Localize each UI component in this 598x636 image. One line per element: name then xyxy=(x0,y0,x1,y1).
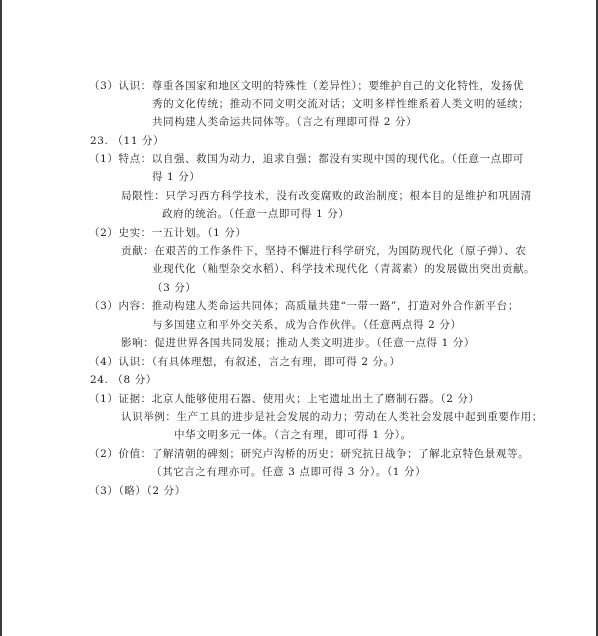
answer-line-continuation: （3 分） xyxy=(152,281,197,295)
answer-line-continuation: 业现代化（籼型杂交水稻）、科学技术现代化（青蒿素）的发展做出突出贡献。 xyxy=(152,262,535,276)
answer-line-continuation: 中华文明多元一体。（言之有理，即可得 1 分）。 xyxy=(174,428,412,442)
answer-line-24-1-example: 认识举例：生产工具的进步是社会发展的动力；劳动在人类社会发展中起到重要作用； xyxy=(121,410,543,424)
question-heading-23: 23. （11 分） xyxy=(90,134,164,148)
answer-line-24-2-value: （2）价值：了解清朝的碑刻；研究卢沟桥的历史；研究抗日战争；了解北京特色景观等。 xyxy=(89,447,529,461)
answer-line-continuation: （其它言之有理亦可。任意 3 点即可得 3 分）。（1 分） xyxy=(151,465,426,479)
answer-line-23-2-facts: （2）史实：一五计划。（1 分） xyxy=(89,226,247,240)
answer-line-24-3: （3）（略）（2 分） xyxy=(89,484,186,498)
answer-line-continuation: 秀的文化传统；推动不同文明交流对话；文明多样性维系着人类文明的延续； xyxy=(152,97,529,111)
answer-line-23-3-recognition: （3）认识：尊重各国家和地区文明的特殊性（差异性）；要维护自己的文化特性，发扬优 xyxy=(89,79,524,93)
answer-line-continuation: 政府的统治。（任意一点即可得 1 分） xyxy=(162,207,350,221)
answer-line-23-3-impact: 影响：促进世界各国共同发展；推动人类文明进步。（任意一点得 1 分） xyxy=(121,336,475,350)
answer-line-23-1-limitations: 局限性：只学习西方科学技术，没有改变腐败的政治制度；根本目的是维护和巩固清 xyxy=(121,189,532,203)
answer-line-24-1-evidence: （1）证据：北京人能够使用石器、使用火；上宅遗址出土了磨制石器。（2 分） xyxy=(89,392,480,406)
answer-line-continuation: 得 1 分） xyxy=(152,170,200,184)
answer-line-23-2-contribution: 贡献：在艰苦的工作条件下，坚持不懈进行科学研究，为国防现代化（原子弹）、农 xyxy=(121,244,526,258)
answer-line-23-4-recognition: （4）认识：（有具体理想，有叙述，言之有理，即可得 2 分。） xyxy=(89,355,401,369)
answer-line-continuation: 与多国建立和平外交关系，成为合作伙伴。（任意两点得 2 分） xyxy=(152,318,462,332)
document-page: （3）认识：尊重各国家和地区文明的特殊性（差异性）；要维护自己的文化特性，发扬优… xyxy=(0,0,598,636)
question-heading-24: 24. （8 分） xyxy=(90,373,157,387)
answer-line-continuation: 共同构建人类命运共同体等。（言之有理即可得 2 分） xyxy=(152,115,417,129)
answer-line-23-1-features: （1）特点：以自强、救国为动力，追求自强；都没有实现中国的现代化。（任意一点即可 xyxy=(89,152,524,166)
answer-line-23-3-content: （3）内容：推动构建人类命运共同体；高质量共建“一带一路”，打造对外合作新平台； xyxy=(89,299,519,313)
